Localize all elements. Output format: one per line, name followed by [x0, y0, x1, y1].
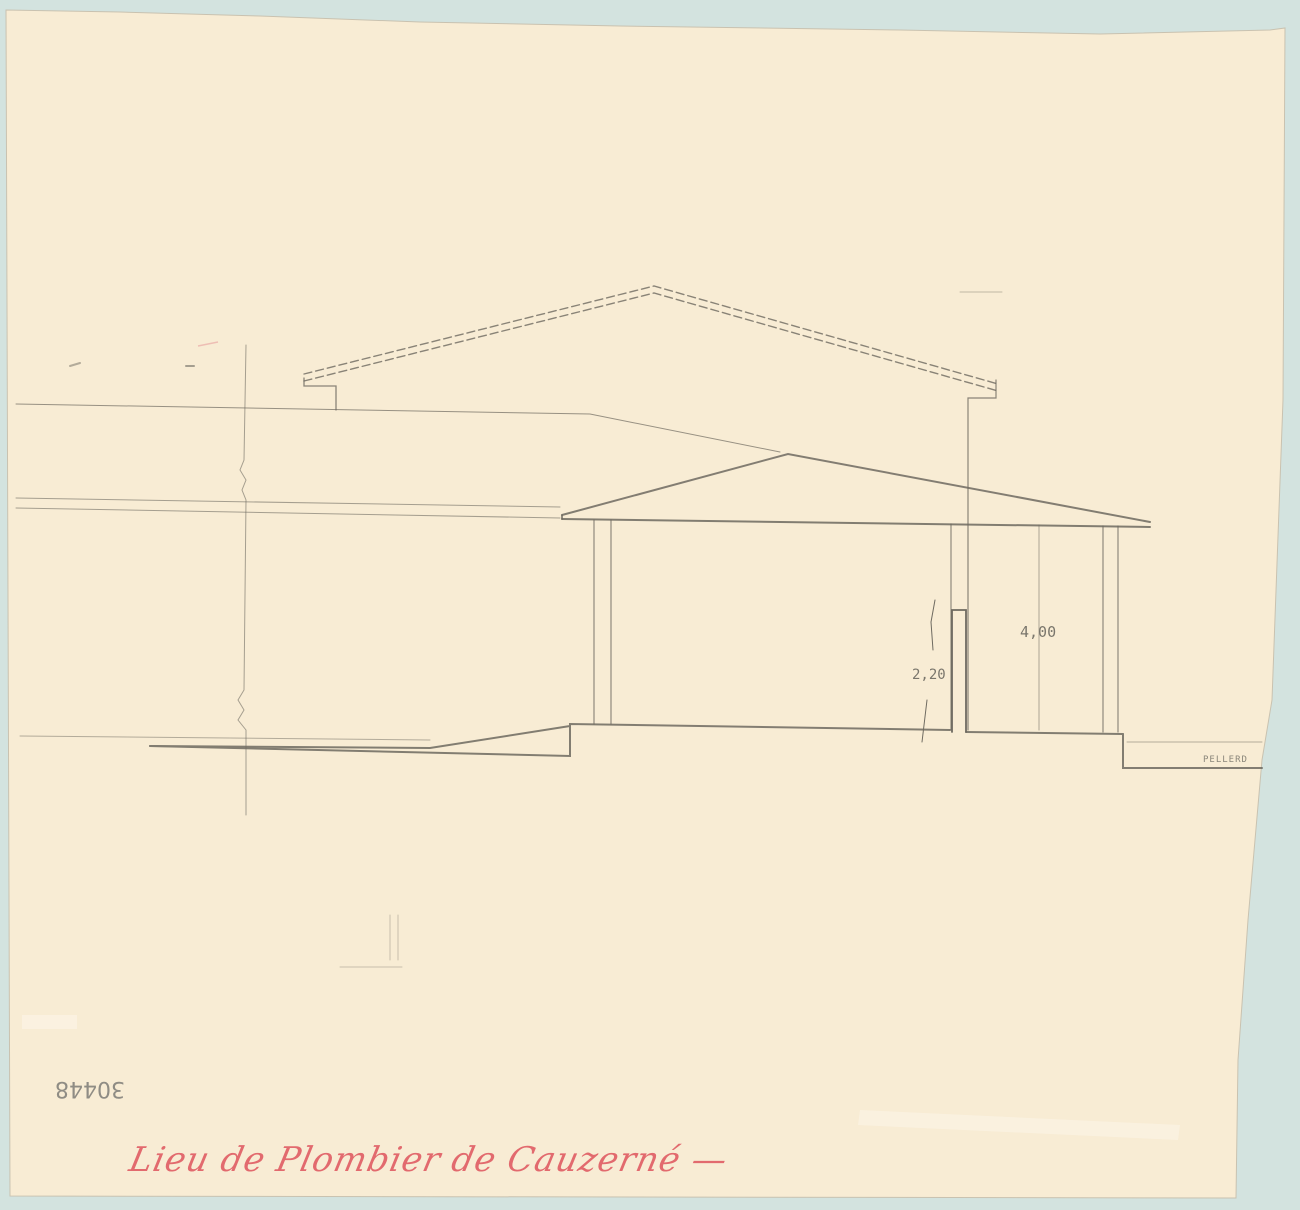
paper [6, 10, 1285, 1198]
archive-number: 30448 [55, 1076, 125, 1101]
drawing-sheet [0, 0, 1300, 1210]
dimension-label-height: 4,00 [1020, 623, 1056, 641]
handwritten-caption: Lieu de Plombier de Cauzerné — [126, 1140, 732, 1180]
ground-label: PELLERD [1203, 755, 1248, 765]
dimension-label-wall: 2,20 [912, 667, 946, 683]
